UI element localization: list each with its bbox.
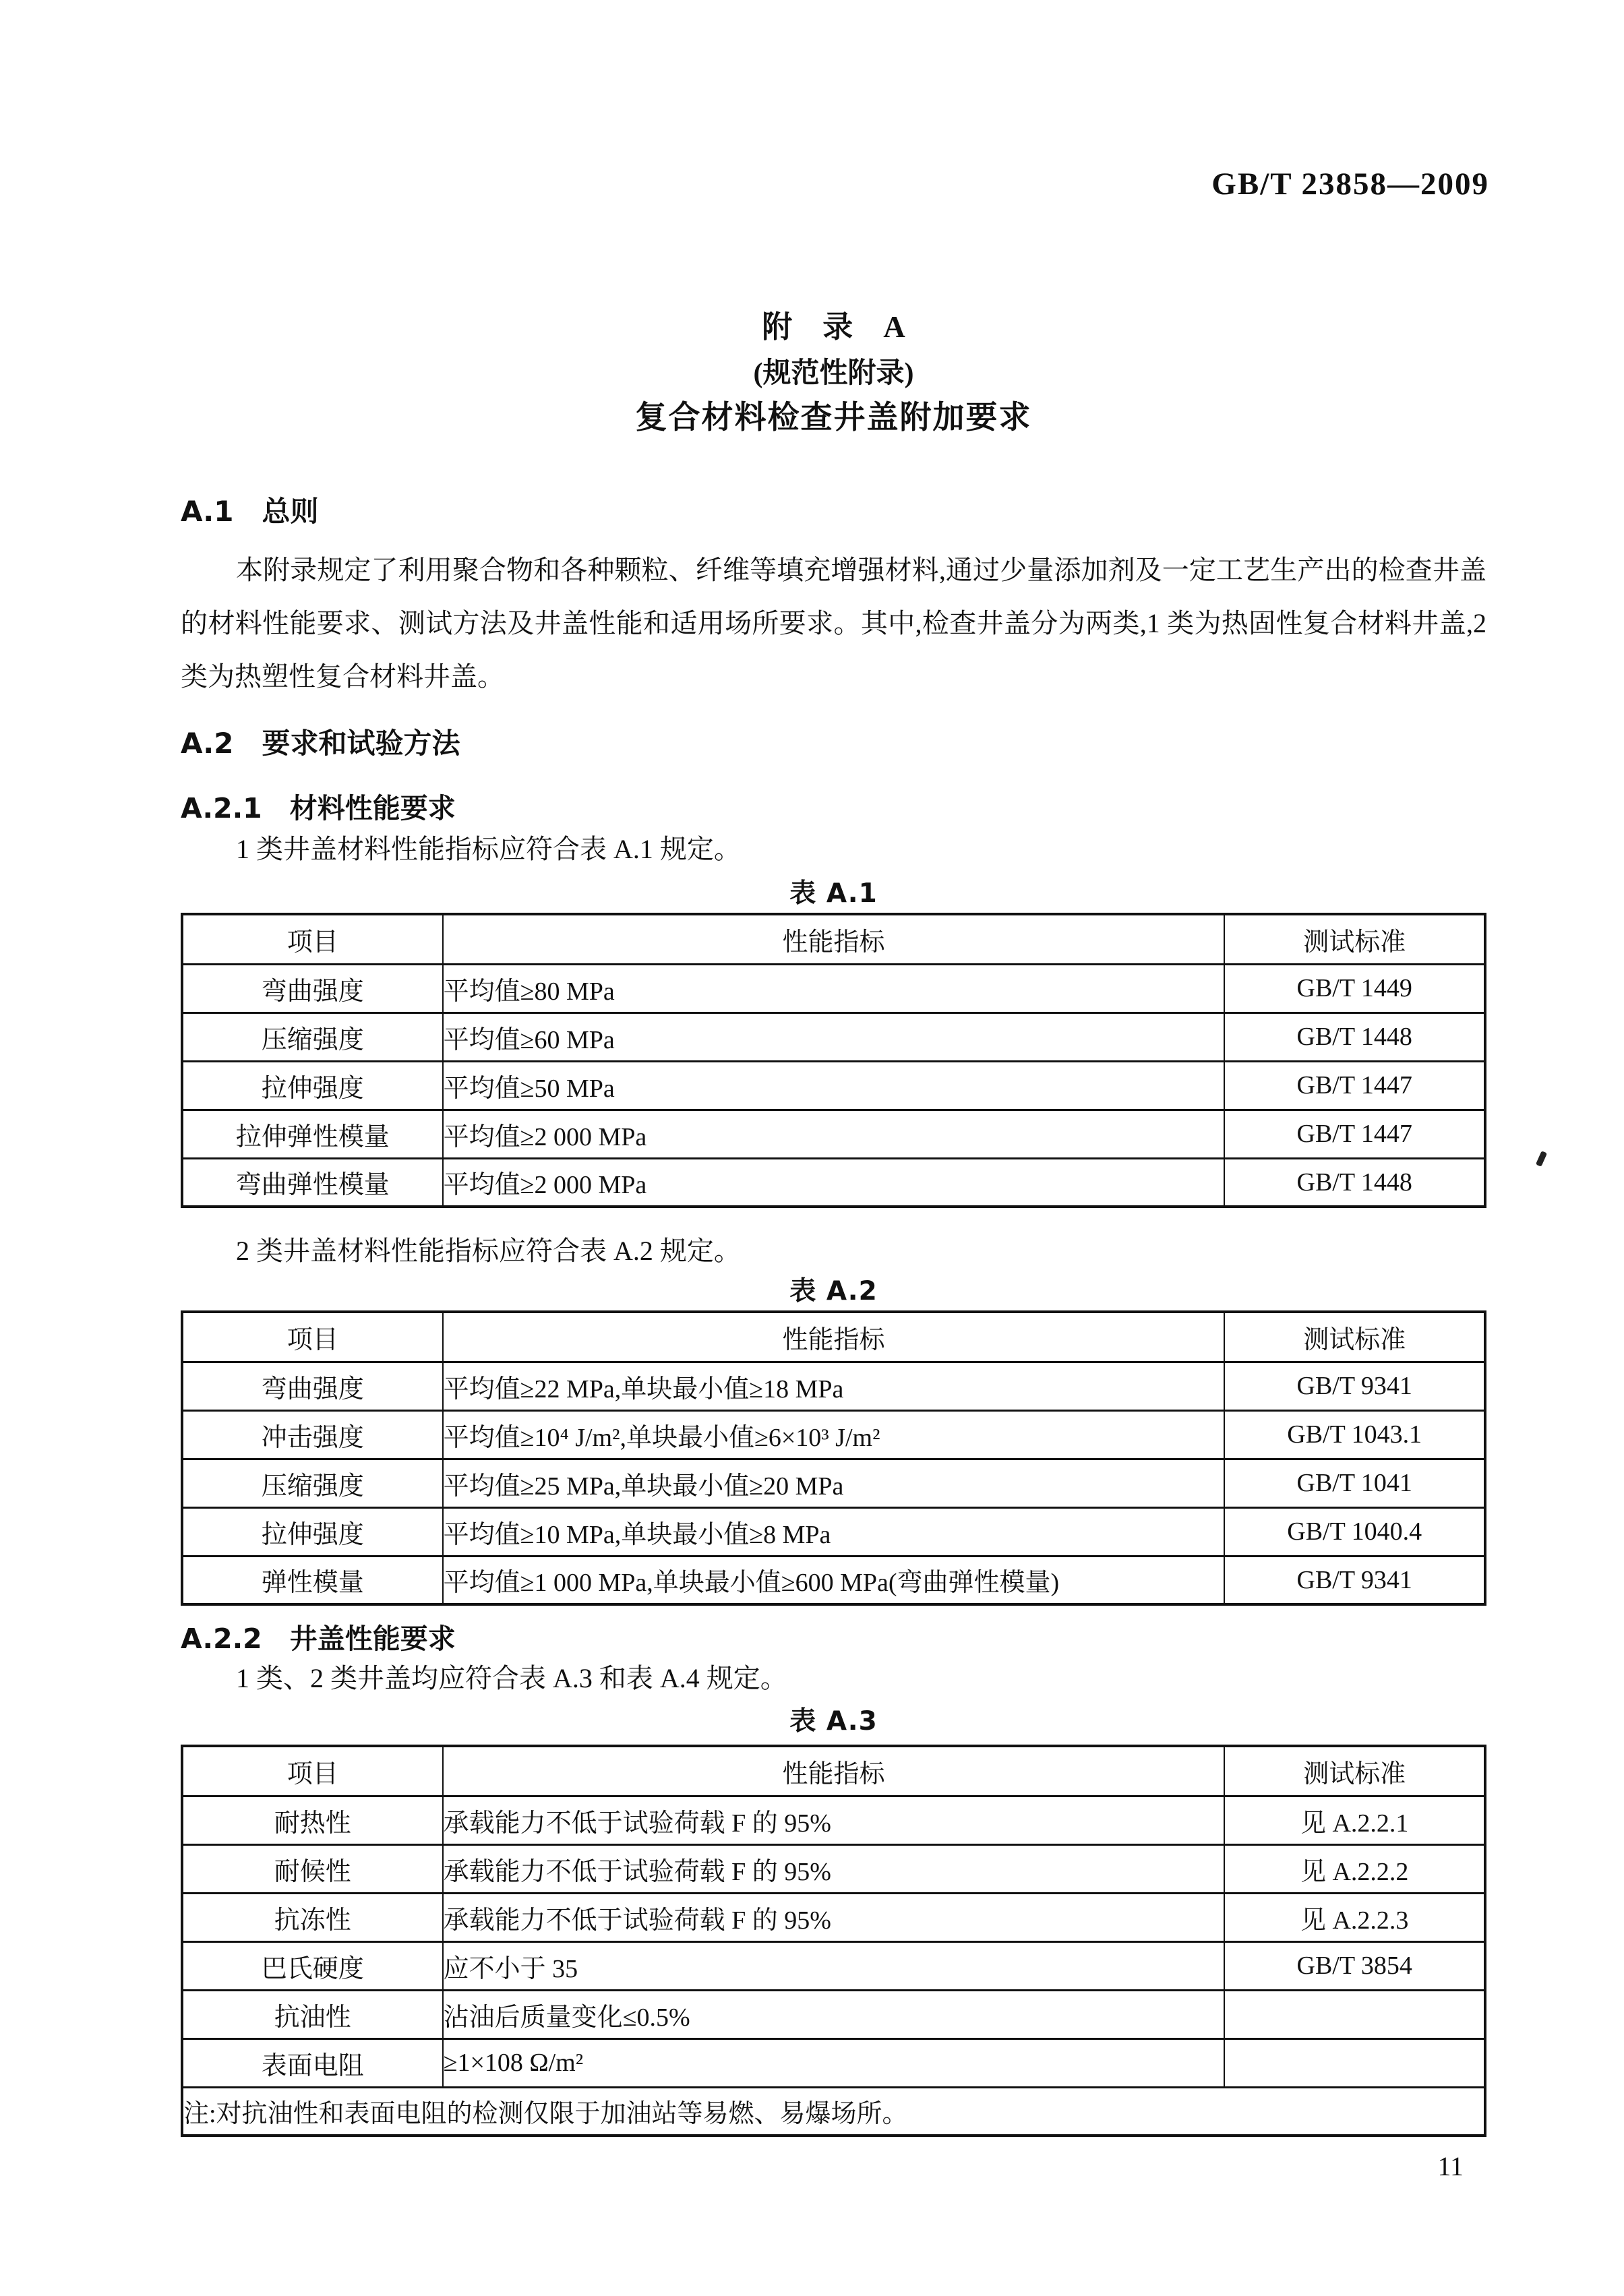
document-page: GB/T 23858—2009 附 录 A (规范性附录) 复合材料检查井盖附加… (0, 0, 1624, 2296)
table-row: 抗冻性 承载能力不低于试验荷载 F 的 95% 见 A.2.2.3 (182, 1893, 1485, 1941)
table-cell: 平均值≥10 MPa,单块最小值≥8 MPa (443, 1507, 1225, 1556)
table-row: 弯曲强度 平均值≥22 MPa,单块最小值≥18 MPa GB/T 9341 (182, 1362, 1485, 1410)
table-row: 耐热性 承载能力不低于试验荷载 F 的 95% 见 A.2.2.1 (182, 1796, 1485, 1844)
table-cell: 弯曲强度 (182, 964, 443, 1013)
table-a3-intro: 1 类、2 类井盖均应符合表 A.3 和表 A.4 规定。 (236, 1657, 787, 1695)
table-cell: 承载能力不低于试验荷载 F 的 95% (443, 1796, 1225, 1844)
table-cell: 平均值≥50 MPa (443, 1061, 1225, 1110)
table-row: 巴氏硬度 应不小于 35 GB/T 3854 (182, 1941, 1485, 1990)
table-cell: 耐候性 (182, 1844, 443, 1893)
appendix-subject: 复合材料检查井盖附加要求 (181, 392, 1486, 437)
table-cell: 表面电阻 (182, 2038, 443, 2087)
table-cell: 弯曲强度 (182, 1362, 443, 1410)
appendix-type-label: (规范性附录) (181, 351, 1486, 391)
column-header: 测试标准 (1224, 1312, 1485, 1362)
section-heading-a2: A.2 要求和试验方法 (181, 721, 460, 762)
column-header: 性能指标 (443, 914, 1225, 964)
table-a1-caption: 表 A.1 (181, 872, 1486, 910)
table-row: 抗油性 沾油后质量变化≤0.5% (182, 1990, 1485, 2038)
table-row: 冲击强度 平均值≥10⁴ J/m²,单块最小值≥6×10³ J/m² GB/T … (182, 1410, 1485, 1459)
table-row: 压缩强度 平均值≥60 MPa GB/T 1448 (182, 1013, 1485, 1061)
table-cell: 平均值≥2 000 MPa (443, 1158, 1225, 1207)
table-cell: GB/T 1448 (1224, 1158, 1485, 1207)
table-cell: 应不小于 35 (443, 1941, 1225, 1990)
table-cell: GB/T 1040.4 (1224, 1507, 1485, 1556)
table-a3-note: 注:对抗油性和表面电阻的检测仅限于加油站等易燃、易爆场所。 (182, 2087, 1485, 2136)
table-cell: GB/T 1041 (1224, 1459, 1485, 1507)
table-cell: 沾油后质量变化≤0.5% (443, 1990, 1225, 2038)
column-header: 项目 (182, 1746, 443, 1796)
section-heading-a21: A.2.1 材料性能要求 (181, 786, 456, 826)
column-header: 性能指标 (443, 1312, 1225, 1362)
table-cell (1224, 1990, 1485, 2038)
table-cell: GB/T 1448 (1224, 1013, 1485, 1061)
section-heading-a1: A.1 总则 (181, 489, 318, 530)
column-header: 项目 (182, 1312, 443, 1362)
table-a2: 项目 性能指标 测试标准 弯曲强度 平均值≥22 MPa,单块最小值≥18 MP… (181, 1310, 1486, 1602)
table-cell: 承载能力不低于试验荷载 F 的 95% (443, 1844, 1225, 1893)
table-cell: GB/T 1447 (1224, 1110, 1485, 1158)
table-cell: 平均值≥80 MPa (443, 964, 1225, 1013)
scan-artifact (1536, 1151, 1547, 1167)
table-row: 弯曲强度 平均值≥80 MPa GB/T 1449 (182, 964, 1485, 1013)
section-a1-paragraph: 本附录规定了利用聚合物和各种颗粒、纤维等填充增强材料,通过少量添加剂及一定工艺生… (181, 543, 1486, 703)
table-cell: 拉伸弹性模量 (182, 1110, 443, 1158)
table-cell: 抗冻性 (182, 1893, 443, 1941)
table-cell: ≥1×108 Ω/m² (443, 2038, 1225, 2087)
table-cell: GB/T 1043.1 (1224, 1410, 1485, 1459)
table-cell: 平均值≥60 MPa (443, 1013, 1225, 1061)
table-cell: 平均值≥25 MPa,单块最小值≥20 MPa (443, 1459, 1225, 1507)
table-note-row: 注:对抗油性和表面电阻的检测仅限于加油站等易燃、易爆场所。 (182, 2087, 1485, 2136)
table-row: 弹性模量 平均值≥1 000 MPa,单块最小值≥600 MPa(弯曲弹性模量)… (182, 1556, 1485, 1604)
section-heading-a22: A.2.2 井盖性能要求 (181, 1617, 456, 1656)
table-cell: GB/T 9341 (1224, 1556, 1485, 1604)
table-row: 拉伸弹性模量 平均值≥2 000 MPa GB/T 1447 (182, 1110, 1485, 1158)
table-cell: GB/T 1449 (1224, 964, 1485, 1013)
table-row: 弯曲弹性模量 平均值≥2 000 MPa GB/T 1448 (182, 1158, 1485, 1207)
table-cell: 弯曲弹性模量 (182, 1158, 443, 1207)
table-a3-caption: 表 A.3 (181, 1700, 1486, 1738)
table-cell: 见 A.2.2.2 (1224, 1844, 1485, 1893)
table-row: 拉伸强度 平均值≥10 MPa,单块最小值≥8 MPa GB/T 1040.4 (182, 1507, 1485, 1556)
table-cell: 平均值≥10⁴ J/m²,单块最小值≥6×10³ J/m² (443, 1410, 1225, 1459)
table-cell: 拉伸强度 (182, 1507, 443, 1556)
table-cell: 压缩强度 (182, 1013, 443, 1061)
table-a3: 项目 性能指标 测试标准 耐热性 承载能力不低于试验荷载 F 的 95% 见 A… (181, 1745, 1486, 2134)
table-cell: 抗油性 (182, 1990, 443, 2038)
page-number: 11 (1437, 2150, 1464, 2182)
table-cell: 耐热性 (182, 1796, 443, 1844)
table-cell (1224, 2038, 1485, 2087)
table-cell: 冲击强度 (182, 1410, 443, 1459)
table-cell: 见 A.2.2.3 (1224, 1893, 1485, 1941)
column-header: 性能指标 (443, 1746, 1225, 1796)
table-a2-intro: 2 类井盖材料性能指标应符合表 A.2 规定。 (236, 1230, 741, 1268)
column-header: 测试标准 (1224, 914, 1485, 964)
table-row: 拉伸强度 平均值≥50 MPa GB/T 1447 (182, 1061, 1485, 1110)
table-cell: 压缩强度 (182, 1459, 443, 1507)
table-cell: 见 A.2.2.1 (1224, 1796, 1485, 1844)
table-row: 压缩强度 平均值≥25 MPa,单块最小值≥20 MPa GB/T 1041 (182, 1459, 1485, 1507)
table-cell: 巴氏硬度 (182, 1941, 443, 1990)
appendix-title: 附 录 A (181, 302, 1486, 346)
table-cell: 平均值≥2 000 MPa (443, 1110, 1225, 1158)
table-cell: 平均值≥1 000 MPa,单块最小值≥600 MPa(弯曲弹性模量) (443, 1556, 1225, 1604)
table-cell: GB/T 9341 (1224, 1362, 1485, 1410)
table-cell: 弹性模量 (182, 1556, 443, 1604)
table-a2-caption: 表 A.2 (181, 1270, 1486, 1308)
table-cell: 承载能力不低于试验荷载 F 的 95% (443, 1893, 1225, 1941)
table-a1-intro: 1 类井盖材料性能指标应符合表 A.1 规定。 (236, 828, 741, 866)
table-cell: GB/T 1447 (1224, 1061, 1485, 1110)
column-header: 项目 (182, 914, 443, 964)
table-a1: 项目 性能指标 测试标准 弯曲强度 平均值≥80 MPa GB/T 1449 压… (181, 913, 1486, 1207)
table-cell: 拉伸强度 (182, 1061, 443, 1110)
column-header: 测试标准 (1224, 1746, 1485, 1796)
table-row: 表面电阻 ≥1×108 Ω/m² (182, 2038, 1485, 2087)
standard-code: GB/T 23858—2009 (1211, 166, 1489, 202)
table-row: 耐候性 承载能力不低于试验荷载 F 的 95% 见 A.2.2.2 (182, 1844, 1485, 1893)
table-cell: GB/T 3854 (1224, 1941, 1485, 1990)
table-cell: 平均值≥22 MPa,单块最小值≥18 MPa (443, 1362, 1225, 1410)
